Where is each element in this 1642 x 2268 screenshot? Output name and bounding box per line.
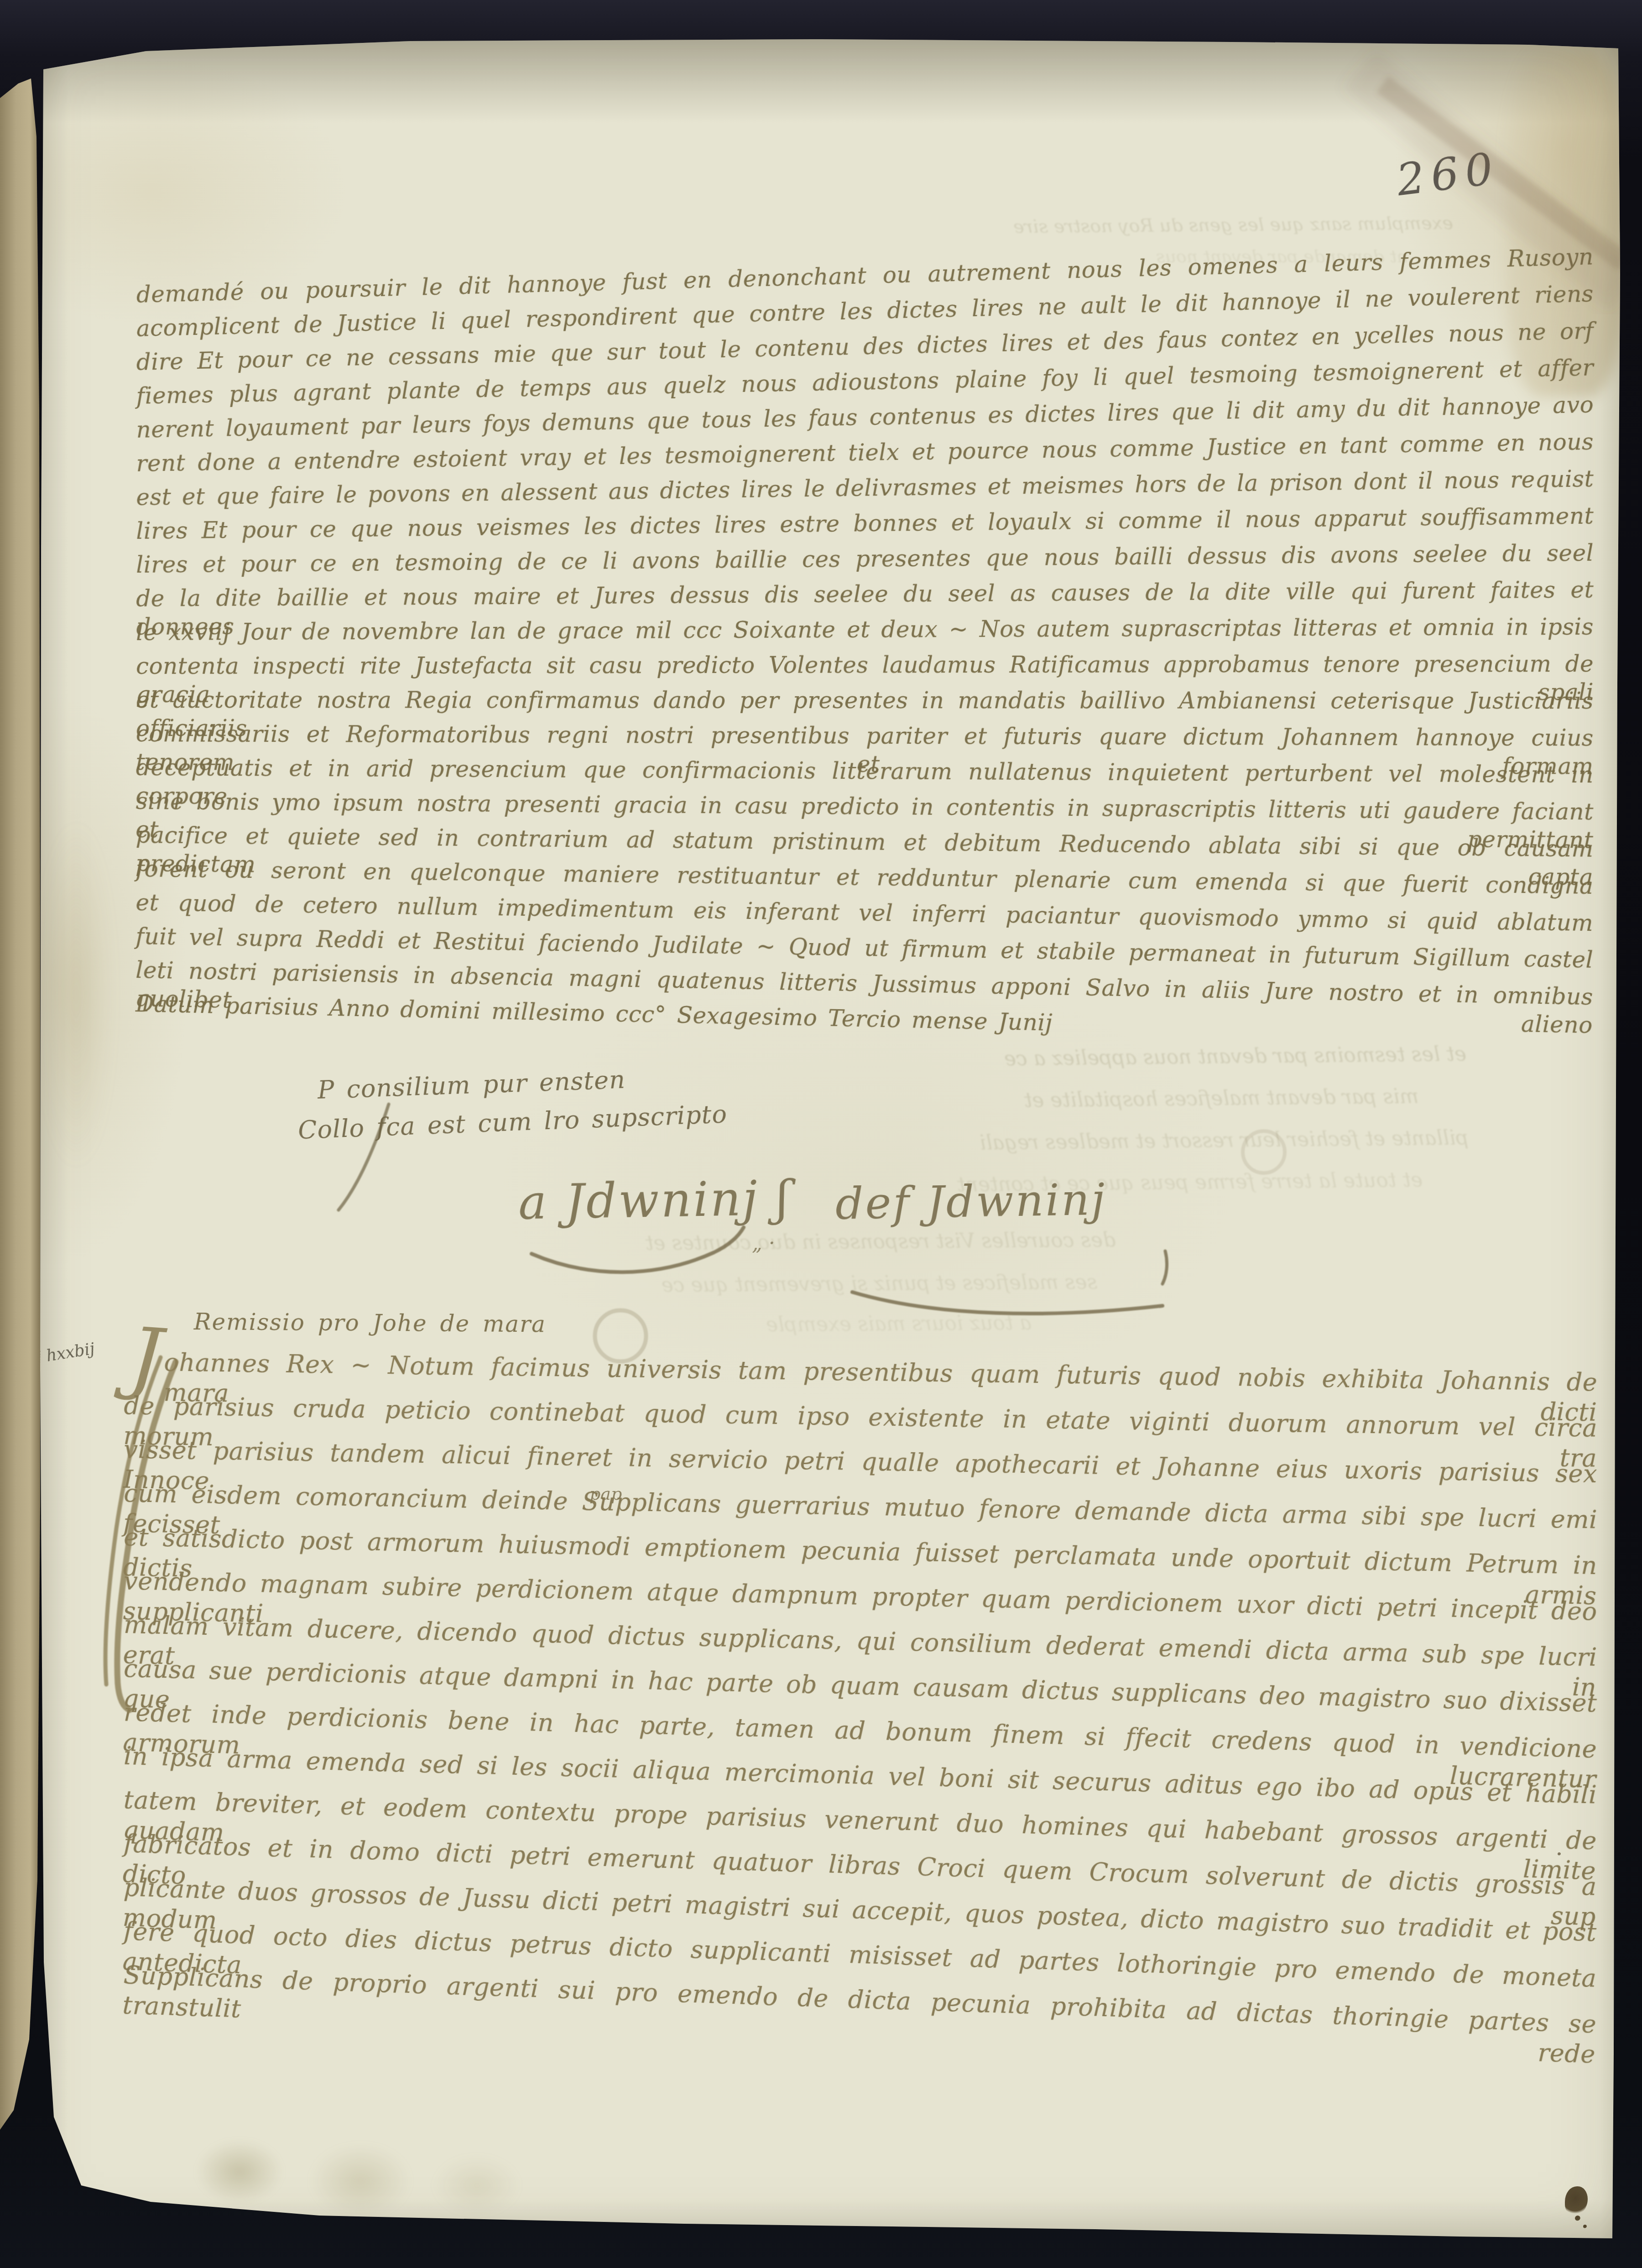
chancery-note-line-1: P consilium pur ensten [317,1065,626,1105]
previous-page-edge [0,0,42,2268]
parchment-page: 260 exemplum sanz que les gens du Roy no… [0,0,1642,2268]
ink-speck [1583,2225,1587,2228]
signature-right: def Jdwninj [835,1174,1107,1230]
stain [433,2156,520,2215]
bleedthrough-line: des courelles Vist responses in duo coun… [584,1228,1177,1255]
manuscript-scan: 260 exemplum sanz que les gens du Roy no… [0,0,1642,2268]
text-line: le xxviij Jour de novembre lan de grace … [136,613,1594,647]
bleedthrough-line: exemplum sanz que les gens du Roy nostre… [1029,213,1453,237]
bleedthrough-line: et les tesmoins par devant nous appeliez… [951,1042,1519,1071]
bleedthrough-line: mis par devant malefices hospitalite et [941,1084,1502,1113]
ink-speck [1575,2216,1580,2221]
bleedthrough-line: a touz iours mais exemple [671,1311,1127,1337]
ink-speck [1558,1852,1561,1856]
section-heading: Remissio pro Johe de mara [194,1309,546,1337]
bleedthrough-line: ses malefices et puniz si grevement que … [593,1270,1166,1298]
text-line: lires et pour ce en tesmoing de ce li av… [136,539,1594,579]
ink-blot [1565,2186,1588,2216]
stain [42,821,110,1168]
stain [310,2144,411,2217]
folio-number: 260 [1394,143,1502,206]
bleedthrough-line: pillante et fechier leur ressort et medl… [936,1126,1512,1155]
chancery-note-line-2: Collo fca est cum lro supscripto [297,1100,728,1145]
stain [196,2140,283,2204]
signature-marks: „ · [752,1232,775,1255]
signature-left: a Jdwninj ʃ [518,1170,791,1230]
